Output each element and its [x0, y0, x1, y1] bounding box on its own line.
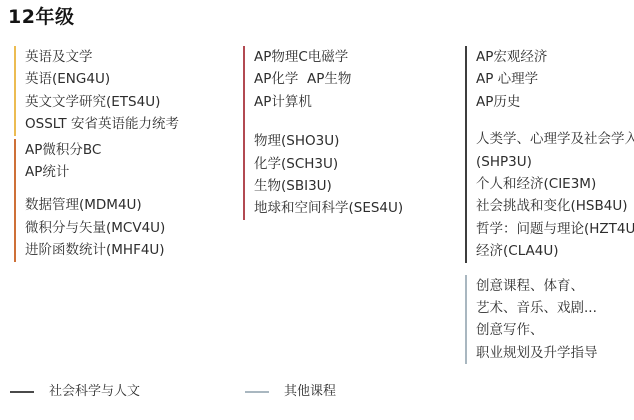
- course-group-social-humanities: AP宏观经济 AP 心理学 AP历史 人类学、心理学及社会学入门 (SHP3U)…: [465, 46, 634, 263]
- course-block: 创意课程、体育、 艺术、音乐、戏剧... 创意写作、 职业规划及升学指导: [476, 275, 634, 365]
- course-item: 社会挑战和变化(HSB4U): [476, 195, 634, 217]
- course-block: AP物理C电磁学 AP化学 AP生物 AP计算机: [254, 46, 403, 113]
- course-item: 创意课程、体育、: [476, 275, 634, 297]
- course-item: 生物(SBI3U): [254, 175, 403, 197]
- course-item: 化学(SCH3U): [254, 153, 403, 175]
- course-group-math: AP微积分BC AP统计 数据管理(MDM4U) 微积分与矢量(MCV4U) 进…: [14, 139, 179, 262]
- legend-line-swatch: [245, 391, 269, 393]
- course-group-other: 创意课程、体育、 艺术、音乐、戏剧... 创意写作、 职业规划及升学指导: [465, 275, 634, 365]
- course-item: (SHP3U): [476, 151, 634, 173]
- course-catalog-page: 12年级 英语及文学 英语(ENG4U) 英文文学研究(ETS4U) OSSLT…: [0, 0, 634, 420]
- course-item: AP物理C电磁学: [254, 46, 403, 68]
- course-item: 创意写作、: [476, 319, 634, 341]
- course-column-english-math: 英语及文学 英语(ENG4U) 英文文学研究(ETS4U) OSSLT 安省英语…: [14, 46, 179, 262]
- course-item: 进阶函数统计(MHF4U): [25, 239, 179, 261]
- course-group-english: 英语及文学 英语(ENG4U) 英文文学研究(ETS4U) OSSLT 安省英语…: [14, 46, 179, 136]
- course-block: 英语及文学 英语(ENG4U) 英文文学研究(ETS4U) OSSLT 安省英语…: [25, 46, 179, 136]
- course-item: 艺术、音乐、戏剧...: [476, 297, 634, 319]
- course-block: AP宏观经济 AP 心理学 AP历史: [476, 46, 634, 113]
- course-item: AP历史: [476, 91, 634, 113]
- legend-item-other-courses: 其他课程: [245, 383, 336, 401]
- course-item: 英语(ENG4U): [25, 68, 179, 90]
- course-block: 物理(SHO3U) 化学(SCH3U) 生物(SBI3U) 地球和空间科学(SE…: [254, 130, 403, 220]
- course-item: 职业规划及升学指导: [476, 342, 634, 364]
- course-item: 英文文学研究(ETS4U): [25, 91, 179, 113]
- course-item: 人类学、心理学及社会学入门: [476, 128, 634, 150]
- course-block: AP微积分BC AP统计: [25, 139, 179, 184]
- course-item: OSSLT 安省英语能力统考: [25, 113, 179, 135]
- course-item: 哲学：问题与理论(HZT4U): [476, 218, 634, 240]
- course-group-science: AP物理C电磁学 AP化学 AP生物 AP计算机 物理(SHO3U) 化学(SC…: [243, 46, 403, 220]
- legend-item-social-humanities: 社会科学与人文: [10, 383, 140, 401]
- course-item: 数据管理(MDM4U): [25, 194, 179, 216]
- legend-label: 其他课程: [284, 383, 336, 401]
- course-item: 英语及文学: [25, 46, 179, 68]
- course-item: AP计算机: [254, 91, 403, 113]
- course-item: AP宏观经济: [476, 46, 634, 68]
- course-item: 地球和空间科学(SES4U): [254, 197, 403, 219]
- course-item: 微积分与矢量(MCV4U): [25, 217, 179, 239]
- course-item: AP微积分BC: [25, 139, 179, 161]
- legend-line-swatch: [10, 391, 34, 393]
- course-block: 数据管理(MDM4U) 微积分与矢量(MCV4U) 进阶函数统计(MHF4U): [25, 194, 179, 261]
- legend-label: 社会科学与人文: [49, 383, 140, 401]
- course-column-sciences: AP物理C电磁学 AP化学 AP生物 AP计算机 物理(SHO3U) 化学(SC…: [243, 46, 403, 220]
- course-item: 物理(SHO3U): [254, 130, 403, 152]
- course-item: AP 心理学: [476, 68, 634, 90]
- course-item: 经济(CLA4U): [476, 240, 634, 262]
- course-item: AP化学 AP生物: [254, 68, 403, 90]
- course-block: 人类学、心理学及社会学入门 (SHP3U) 个人和经济(CIE3M) 社会挑战和…: [476, 128, 634, 262]
- course-item: AP统计: [25, 161, 179, 183]
- page-title: 12年级: [8, 3, 74, 31]
- course-item: 个人和经济(CIE3M): [476, 173, 634, 195]
- course-column-social-other: AP宏观经济 AP 心理学 AP历史 人类学、心理学及社会学入门 (SHP3U)…: [465, 46, 634, 364]
